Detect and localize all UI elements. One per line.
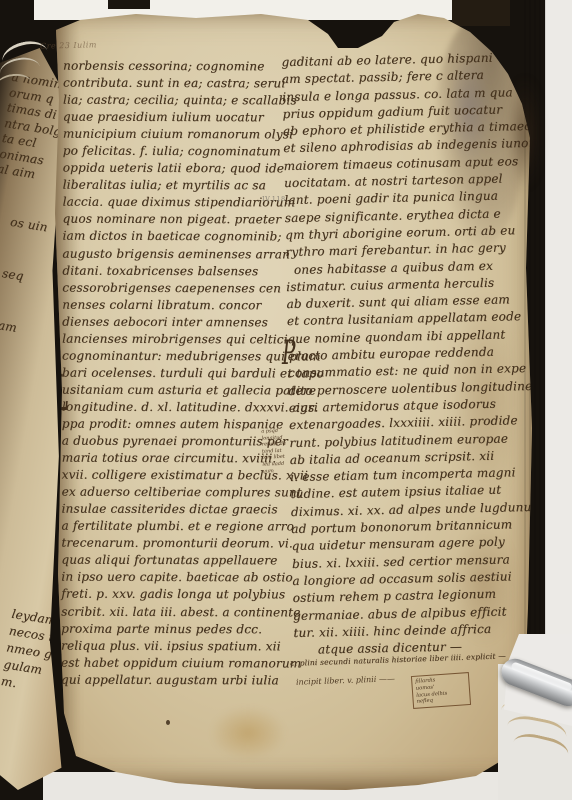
- manuscript-text-line: scribit. xii. lata iii. abest. a contine…: [61, 603, 293, 621]
- manuscript-text-line: a fertilitate plumbi. et e regione arro: [61, 518, 293, 536]
- incipit-note: incipit liber. v. plinii ——: [296, 674, 395, 686]
- manuscript-text-line: lancienses mirobrigenses qui celtici: [62, 330, 294, 348]
- manuscript-text-line: nenses colarni libratum. concor: [62, 296, 294, 314]
- left-text-column: norbensis cessorina; cognominecontributa…: [61, 58, 295, 690]
- gloss-line: uum: [263, 467, 299, 475]
- page-fragment: lam: [0, 299, 35, 356]
- manuscript-text-line: usitaniam cum asturia et gallecia patere: [62, 381, 294, 399]
- manuscript-text-line: po felicitas. f. iulia; cognominatum: [63, 143, 295, 161]
- manuscript-text-line: laccia. quae diximus stipendiariorum: [63, 194, 295, 212]
- manuscript-text-line: est habet oppidum ciuium romanorum: [61, 654, 293, 672]
- manuscript-photograph: a nominorum qtimas dintra bolgeta ecloni…: [0, 0, 572, 800]
- manuscript-text-line: contributa. sunt in ea; castra; serui: [63, 75, 295, 93]
- fore-edge-stain: [508, 78, 542, 188]
- initial-letter-p: P: [282, 332, 295, 373]
- manuscript-text-line: qui appellatur. augustam urbi iulia: [61, 671, 293, 689]
- manuscript-text-line: dienses aebocori inter amnenses: [62, 313, 294, 331]
- manuscript-text-line: quos nominare non pigeat. praeter: [63, 211, 295, 229]
- ink-speck: [166, 720, 170, 725]
- manuscript-text-line: bari ocelenses. turduli qui barduli et t…: [62, 364, 294, 382]
- pencil-chapter-mark: IV.118: [262, 195, 286, 203]
- manuscript-text-line: norbensis cessorina; cognomine: [63, 58, 295, 76]
- manuscript-text-line: insulae cassiterides dictae graecis: [61, 501, 293, 519]
- manuscript-text-line: ex aduerso celtiberiae complures sunt: [62, 484, 294, 502]
- shelfmark-inscription: Cre 23 Iulim: [40, 40, 97, 50]
- gutter-gloss: a psqdlongitudretulis datand lattam libe…: [261, 427, 299, 474]
- right-text-column: gaditani ab eo latere. quo hispaniam spe…: [281, 50, 506, 660]
- manuscript-text-line: trecenarum. promonturii deorum. vi.: [61, 535, 293, 553]
- page-fragment: seq: [0, 247, 44, 304]
- manuscript-text-line: cognominantur: medubrigenses qui plum: [62, 347, 294, 365]
- manuscript-text-line: ditani. toxabricenses balsenses: [62, 262, 294, 280]
- boxed-scribal-note: fillardisuomos'lacus delhisnefleq: [411, 672, 471, 709]
- manuscript-text-line: reliqua plus. vii. ipsius spatium. xii: [61, 637, 293, 655]
- manuscript-text-line: lia; castra; cecilia; quinta; e scallabi…: [63, 92, 295, 110]
- stain-bottom: [210, 706, 286, 760]
- dark-background-notch: [108, 0, 150, 9]
- manuscript-text-line: municipium ciuium romanorum olysi: [63, 126, 295, 144]
- manuscript-text-line: cessorobrigenses caepenenses cen: [62, 279, 294, 297]
- facing-page-edge: a nominorum qtimas dintra bolgeta ecloni…: [0, 48, 64, 790]
- manuscript-text-line: ppa prodit: omnes autem hispaniae: [62, 416, 294, 434]
- manuscript-text-line: liberalitas iulia; et myrtilis ac sa: [63, 177, 295, 195]
- manuscript-text-line: quae praesidium iulium uocatur: [63, 109, 295, 127]
- manuscript-text-line: longitudine. d. xl. latitudine. dxxxvi. …: [62, 399, 294, 417]
- manuscript-text-line: freti. p. xxv. gadis longa ut polybius: [61, 586, 293, 604]
- manuscript-text-line: maria totius orae circumitu. xviiii.: [62, 450, 294, 468]
- manuscript-text-line: augusto brigensis aeminenses arran: [62, 245, 294, 263]
- manuscript-text-line: quas aliqui fortunatas appellauere: [61, 552, 293, 570]
- facing-page-text-fragments: os uinseqlam: [0, 196, 52, 356]
- manuscript-text-line: a duobus pyrenaei promonturiis per: [62, 433, 294, 451]
- manuscript-text-line: oppida ueteris latii ebora; quod ide: [63, 160, 295, 178]
- manuscript-text-line: in ipso uero capite. baeticae ab ostio: [61, 569, 293, 587]
- manuscript-page: norbensis cessorina; cognominecontributa…: [46, 8, 540, 792]
- dark-background-corner: [452, 0, 510, 26]
- manuscript-text-line: xvii. colligere existimatur a beclus. xv…: [62, 467, 294, 485]
- manuscript-text-line: proxima parte minus pedes dcc.: [61, 620, 293, 638]
- page-fragment: os uin: [6, 196, 51, 253]
- manuscript-text-line: iam dictos in baeticae cognominib;: [62, 228, 294, 246]
